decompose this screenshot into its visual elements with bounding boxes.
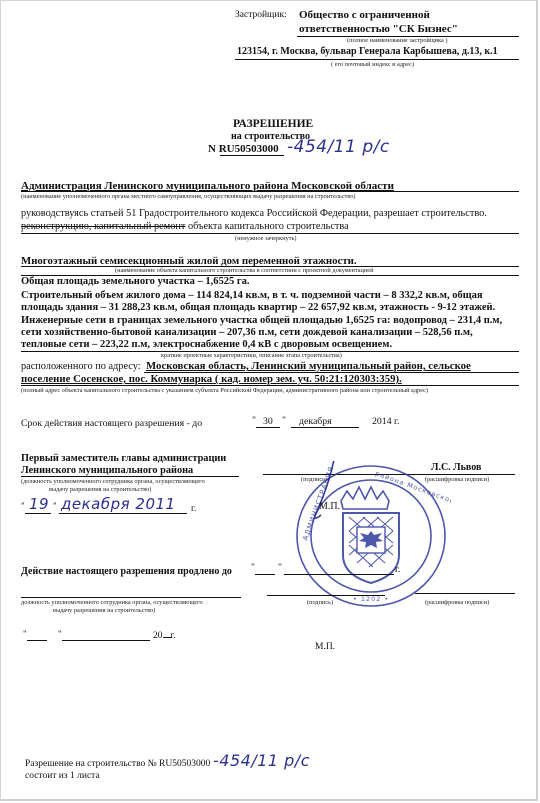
location-label: расположенного по адресу: — [21, 361, 141, 372]
location-caption: (полный адрес объекта капитального строи… — [21, 387, 428, 394]
seal-label: М.П. — [319, 501, 340, 512]
permit-number-prefix: N RU50503000 — [208, 143, 279, 155]
extension-day-line — [255, 574, 275, 575]
developer-name-caption: (полное наименование застройщика ) — [347, 37, 448, 44]
extension-suffix: г. — [395, 564, 400, 575]
object-name-caption: (наименование объекта капитального строи… — [115, 267, 373, 274]
sign-date-quote-close: " — [53, 501, 57, 511]
object-specs-caption: краткие проектные характеристики, описан… — [161, 352, 342, 359]
extension-position-caption-1: должность уполномоченного сотрудника орг… — [21, 599, 203, 606]
extension-seal-label: М.П. — [315, 642, 335, 652]
object-spec-line-3: площадь здания – 31 288,23 кв.м, общая п… — [21, 302, 495, 313]
extension-date-quote-close: " — [58, 629, 62, 639]
extension-date-month-line — [62, 640, 150, 641]
developer-name-line2: ответственностью "СК Бизнес" — [299, 23, 458, 35]
authority-caption: (наименование уполномоченного органа мес… — [21, 193, 355, 200]
signatory-position-caption-2: выдачу разрешения на строительство) — [49, 486, 151, 493]
authority-underline — [21, 191, 519, 192]
extension-date-quote-open: " — [23, 629, 27, 639]
sign-date-month-year: декабря 2011 — [61, 495, 176, 513]
sign-date-quote-open: " — [21, 501, 25, 511]
extension-quote-open: " — [251, 562, 255, 573]
validity-label: Срок действия настоящего разрешения - до — [21, 418, 202, 429]
extension-position-line — [21, 597, 241, 598]
object-spec-line-2: Строительный объем жилого дома – 114 824… — [21, 290, 483, 301]
extension-quote-close: " — [278, 562, 282, 573]
sign-date-underline — [59, 513, 187, 514]
validity-quote-open: " — [252, 415, 256, 426]
permit-number-handwritten: -454/11 р/с — [287, 137, 390, 157]
footer-permit-handwritten: -454/11 р/с — [213, 751, 310, 770]
object-spec-line-4: Инженерные сети в границах земельного уч… — [21, 315, 502, 326]
extension-signature-line — [267, 595, 385, 596]
signatory-position-line1: Первый заместитель главы администрации — [21, 453, 226, 464]
object-spec-line-6: тепловые сети – 223,22 п.м, электроснабж… — [21, 339, 392, 350]
validity-month: декабря — [299, 416, 332, 427]
developer-address-caption: ( его почтовый индекс и адрес) — [331, 61, 414, 68]
extension-date-year: 20г. — [153, 631, 176, 641]
location-underline-2 — [21, 385, 519, 386]
location-address-line1: Московская область, Ленинский муниципаль… — [146, 360, 471, 372]
developer-name-line1: Общество с ограниченной — [299, 9, 430, 21]
extension-name-line — [415, 593, 515, 594]
object-spec-line-1: Общая площадь земельного участка – 1,652… — [21, 276, 249, 287]
footer-page-count: состоит из 1 листа — [25, 771, 100, 781]
extension-month-line — [284, 574, 394, 575]
validity-month-underline — [291, 427, 359, 428]
signatory-position-line2: Ленинского муниципального района — [21, 465, 193, 476]
footer-permit-reference: Разрешение на строительство № RU50503000 — [25, 759, 210, 769]
document-title: РАЗРЕШЕНИЕ — [233, 118, 313, 130]
sign-date-day: 19 — [29, 495, 49, 513]
developer-label: Застройщик: — [235, 10, 287, 20]
validity-quote-close: " — [282, 415, 286, 426]
basis-line1: руководствуясь статьей 51 Градостроитель… — [21, 208, 487, 219]
svg-text:района Московской: района Московской — [374, 469, 451, 505]
basis-line2: реконструкцию, капитальный ремонт объект… — [21, 221, 349, 232]
official-seal-icon: АДМИНИСТРАЦИЯ района Московской • 1202 • — [291, 461, 451, 611]
basis-caption: (ненужное зачеркнуть) — [235, 235, 296, 242]
developer-address-underline — [235, 59, 519, 60]
object-spec-line-5: сети хозяйственно-бытовой канализации – … — [21, 327, 473, 338]
validity-year: 2014 г. — [372, 416, 399, 427]
extension-position-caption-2: выдачу разрешения на строительство) — [53, 607, 155, 614]
permit-document: Застройщик: Общество с ограниченной отве… — [0, 0, 538, 801]
permit-number-underline — [220, 155, 284, 156]
signatory-position-underline — [21, 476, 239, 477]
extension-signature-caption: (подпись) — [307, 599, 333, 606]
svg-text:• 1202 •: • 1202 • — [353, 595, 389, 603]
location-address-line2: поселение Сосенское, пос. Коммунарка ( к… — [21, 373, 402, 385]
validity-day-underline — [256, 427, 280, 428]
validity-day: 30 — [263, 416, 273, 427]
developer-address: 123154, г. Москва, бульвар Генерала Карб… — [237, 46, 498, 57]
sign-date-suffix: г. — [191, 504, 196, 514]
extension-label: Действие настоящего разрешения продлено … — [21, 566, 232, 577]
extension-date-day-line — [27, 640, 47, 641]
basis-underline — [21, 233, 519, 234]
basis-struck-text: реконструкцию, капитальный ремонт — [21, 221, 185, 232]
extension-name-caption: (расшифровка подписи) — [425, 599, 489, 606]
signatory-position-caption-1: (должность уполномоченного сотрудника ор… — [21, 478, 205, 485]
sign-date-day-underline — [25, 513, 51, 514]
